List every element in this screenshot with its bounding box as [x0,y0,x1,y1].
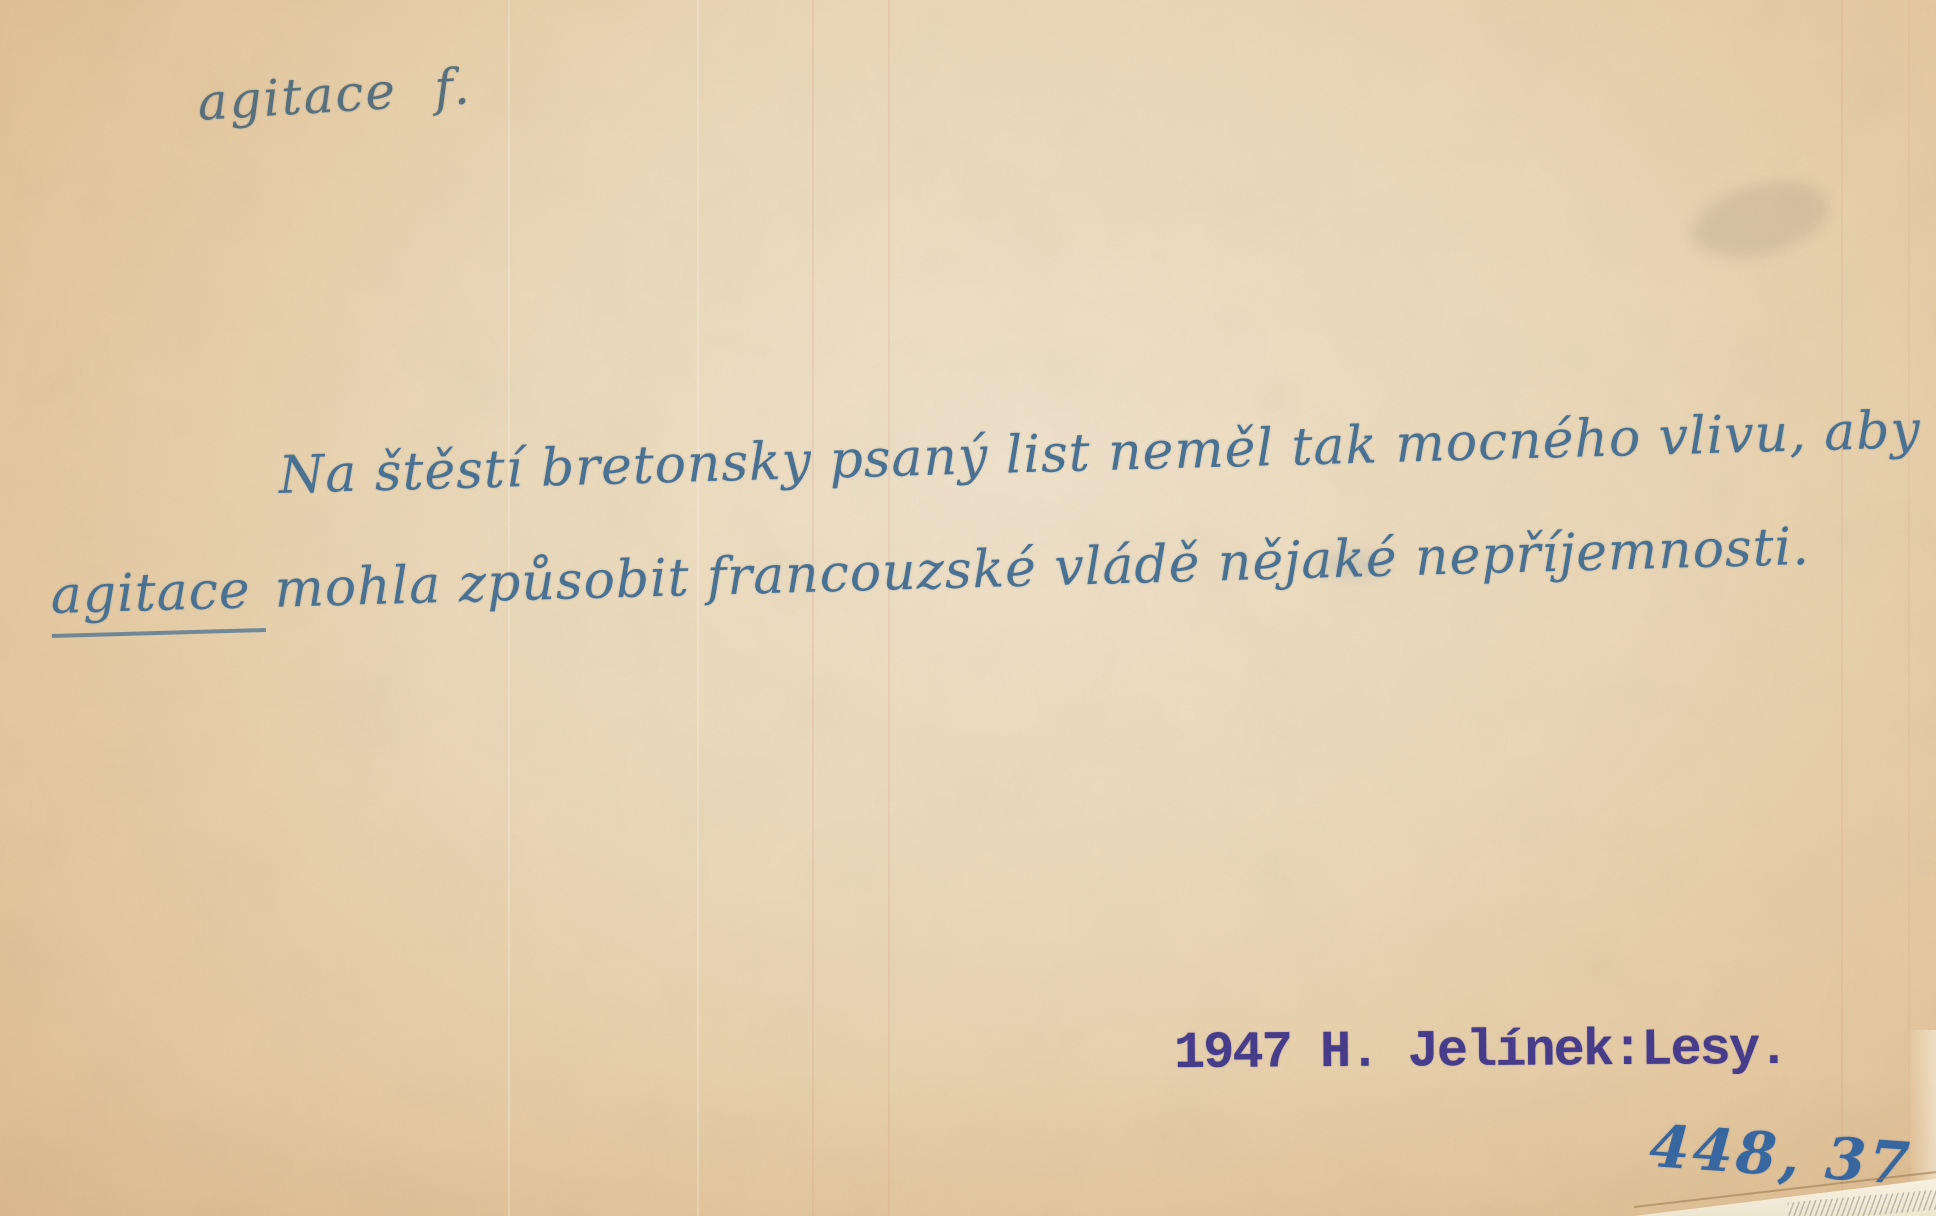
quote-line-2: agitacemohla způsobit francouzské vládě … [50,517,1810,626]
year-source-stamp: 1947 H. Jelínek:Lesy. [1174,1020,1788,1083]
ruled-line [1841,0,1843,1216]
reference-number: 448, 37 [1647,1112,1914,1198]
ruled-line [812,0,814,1216]
ruled-line [888,0,890,1216]
underlined-headword: agitace [50,560,266,638]
crease-line [697,0,699,1216]
ink-smudge [1684,169,1837,271]
quote-line-2-rest: mohla způsobit francouzské vládě nějaké … [274,517,1811,620]
headword: agitace f. [196,57,473,132]
scanned-excerpt-card: agitace f. Na štěstí bretonsky psaný lis… [0,0,1936,1216]
quote-line-1: Na štěstí bretonsky psaný list neměl tak… [278,397,1936,506]
